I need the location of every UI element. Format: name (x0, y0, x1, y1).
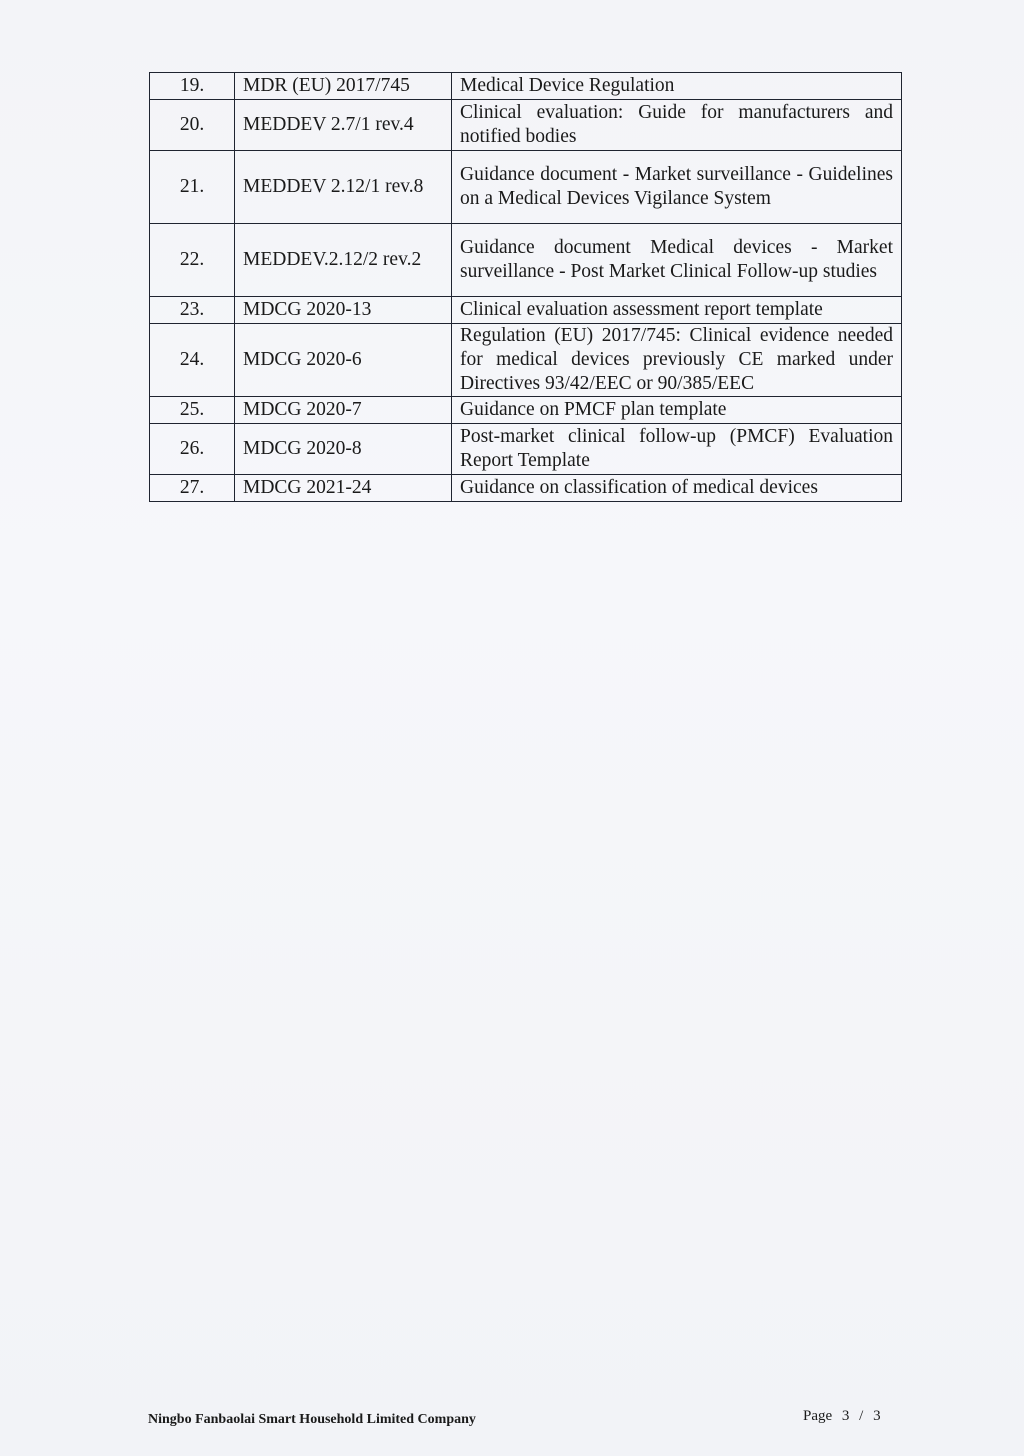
references-table: 19. MDR (EU) 2017/745 Medical Device Reg… (149, 72, 902, 502)
document-title: Clinical evaluation: Guide for manufactu… (452, 100, 902, 151)
table-row: 24. MDCG 2020-6 Regulation (EU) 2017/745… (150, 324, 902, 397)
document-code: MEDDEV 2.12/1 rev.8 (235, 151, 452, 224)
document-title: Guidance document Medical devices - Mark… (452, 224, 902, 297)
row-number: 25. (150, 397, 235, 424)
document-code: MDCG 2021-24 (235, 475, 452, 502)
page-number: 3 / 3 (842, 1408, 881, 1424)
row-number: 21. (150, 151, 235, 224)
row-number: 26. (150, 424, 235, 475)
document-title: Guidance on PMCF plan template (452, 397, 902, 424)
document-title: Post-market clinical follow-up (PMCF) Ev… (452, 424, 902, 475)
footer-company-name: Ningbo Fanbaolai Smart Household Limited… (148, 1412, 476, 1428)
table-row: 22. MEDDEV.2.12/2 rev.2 Guidance documen… (150, 224, 902, 297)
document-title: Medical Device Regulation (452, 73, 902, 100)
document-title: Guidance on classification of medical de… (452, 475, 902, 502)
row-number: 23. (150, 297, 235, 324)
document-code: MEDDEV.2.12/2 rev.2 (235, 224, 452, 297)
document-code: MDCG 2020-8 (235, 424, 452, 475)
row-number: 19. (150, 73, 235, 100)
table-row: 25. MDCG 2020-7 Guidance on PMCF plan te… (150, 397, 902, 424)
row-number: 22. (150, 224, 235, 297)
table-row: 20. MEDDEV 2.7/1 rev.4 Clinical evaluati… (150, 100, 902, 151)
document-title: Clinical evaluation assessment report te… (452, 297, 902, 324)
page-label: Page (803, 1408, 832, 1424)
document-title: Regulation (EU) 2017/745: Clinical evide… (452, 324, 902, 397)
document-code: MDCG 2020-13 (235, 297, 452, 324)
document-code: MDCG 2020-6 (235, 324, 452, 397)
document-code: MDCG 2020-7 (235, 397, 452, 424)
table-row: 19. MDR (EU) 2017/745 Medical Device Reg… (150, 73, 902, 100)
row-number: 27. (150, 475, 235, 502)
table-row: 23. MDCG 2020-13 Clinical evaluation ass… (150, 297, 902, 324)
document-code: MDR (EU) 2017/745 (235, 73, 452, 100)
document-code: MEDDEV 2.7/1 rev.4 (235, 100, 452, 151)
table-row: 21. MEDDEV 2.12/1 rev.8 Guidance documen… (150, 151, 902, 224)
document-page: 19. MDR (EU) 2017/745 Medical Device Reg… (0, 0, 1024, 1456)
row-number: 24. (150, 324, 235, 397)
table-row: 26. MDCG 2020-8 Post-market clinical fol… (150, 424, 902, 475)
document-title: Guidance document - Market surveillance … (452, 151, 902, 224)
footer-page-indicator: Page 3 / 3 (803, 1408, 881, 1425)
row-number: 20. (150, 100, 235, 151)
table-row: 27. MDCG 2021-24 Guidance on classificat… (150, 475, 902, 502)
